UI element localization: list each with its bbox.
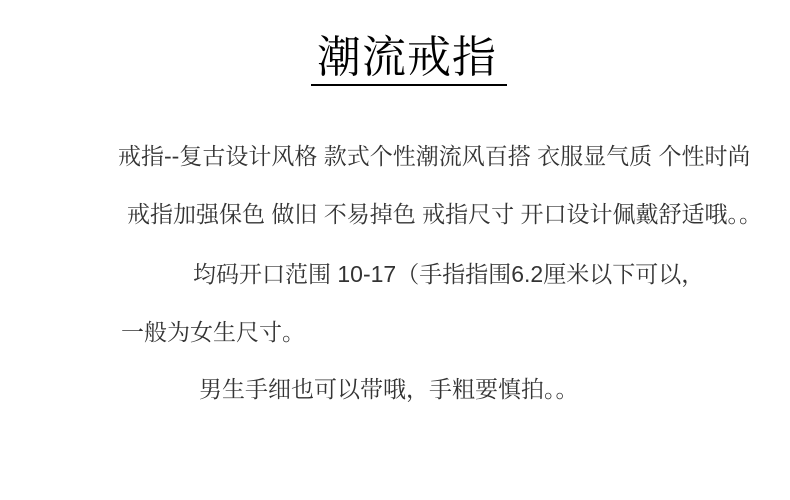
description-line-1: 戒指--复古设计风格 款式个性潮流风百搭 衣服显气质 个性时尚 (118, 143, 751, 171)
description-line-2: 戒指加强保色 做旧 不易掉色 戒指尺寸 开口设计佩戴舒适哦。。 (127, 201, 762, 229)
description-line-5: 男生手细也可以带哦，手粗要慎拍。。 (199, 376, 579, 404)
title-container: 潮流戒指 (0, 34, 790, 86)
product-description-page: 潮流戒指 戒指--复古设计风格 款式个性潮流风百搭 衣服显气质 个性时尚 戒指加… (0, 0, 790, 500)
description-line-3: 均码开口范围 10-17（手指指围6.2厘米以下可以， (193, 261, 704, 289)
description-line-4: 一般为女生尺寸。 (121, 319, 305, 347)
page-title: 潮流戒指 (311, 34, 507, 86)
